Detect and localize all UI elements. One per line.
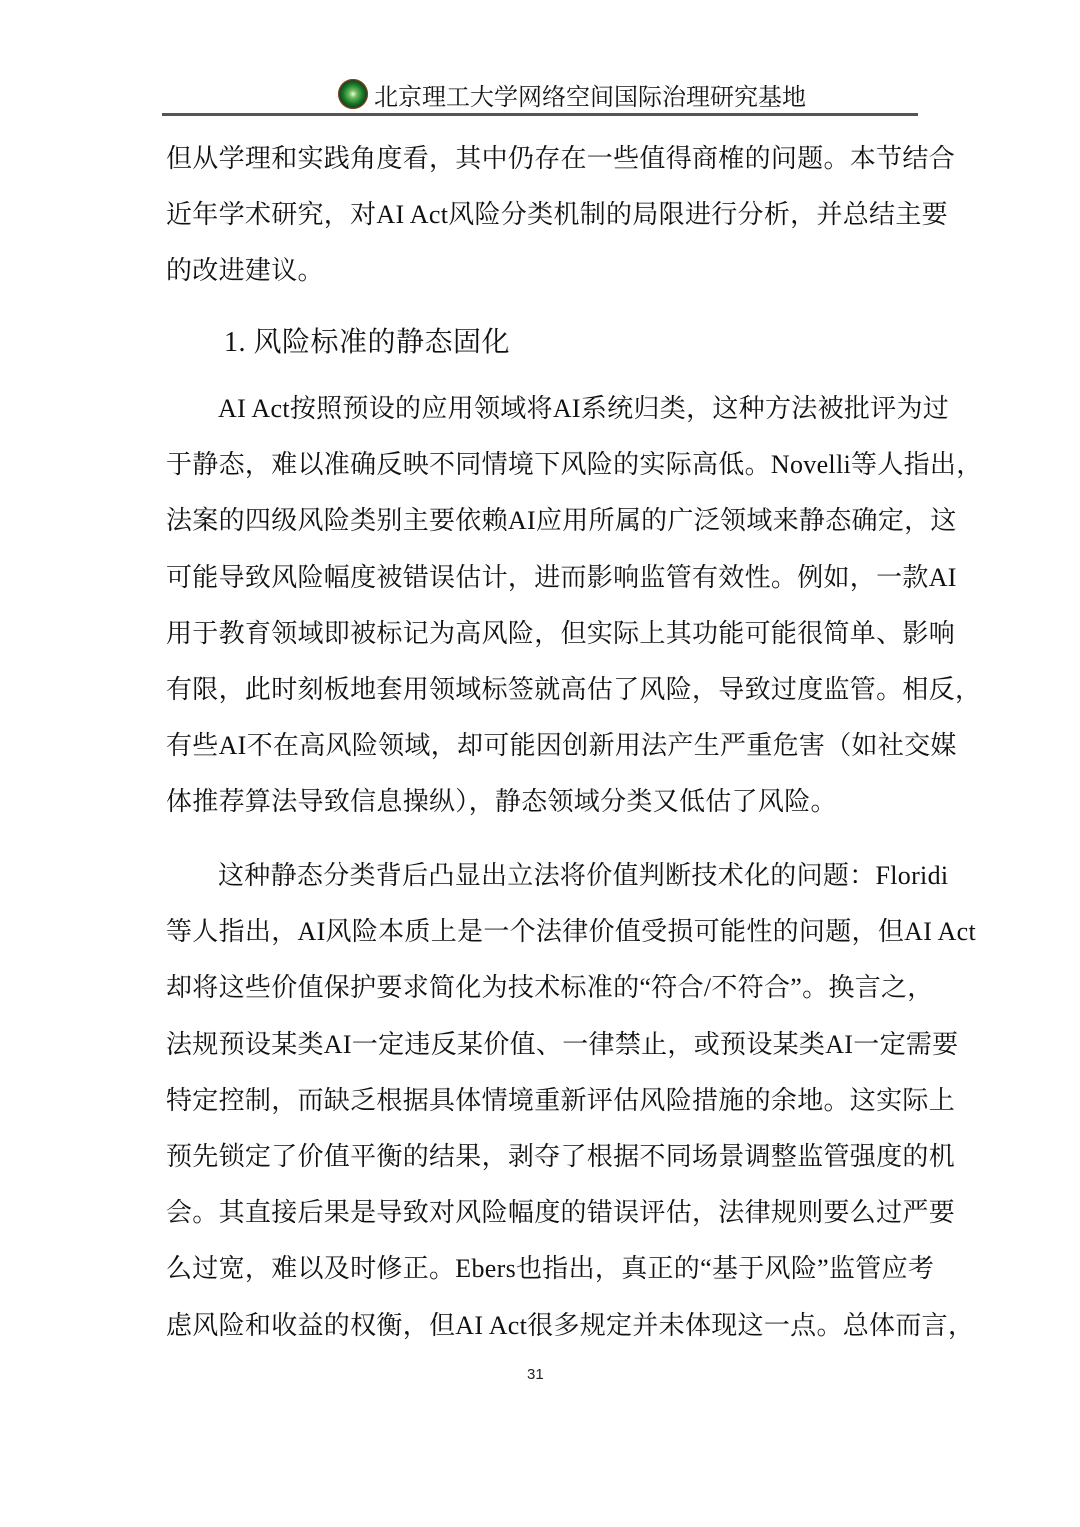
text-line: 近年学术研究，对AI Act风险分类机制的局限进行分析，并总结主要 [166, 187, 918, 243]
text-line: 可能导致风险幅度被错误估计，进而影响监管有效性。例如，一款AI [166, 550, 918, 606]
header-title: 北京理工大学网络空间国际治理研究基地 [374, 77, 806, 112]
paragraph-value-technicalization: 这种静态分类背后凸显出立法将价值判断技术化的问题：Floridi 等人指出，AI… [166, 848, 918, 1354]
text-line: 法规预设某类AI一定违反某价值、一律禁止，或预设某类AI一定需要 [166, 1017, 918, 1073]
text-line: 的改进建议。 [166, 243, 918, 299]
header-divider [162, 113, 918, 116]
text-line: 法案的四级风险类别主要依赖AI应用所属的广泛领域来静态确定，这 [166, 493, 918, 549]
intro-paragraph: 但从学理和实践角度看，其中仍存在一些值得商榷的问题。本节结合 近年学术研究，对A… [166, 131, 918, 300]
paragraph-static-risk: AI Act按照预设的应用领域将AI系统归类，这种方法被批评为过 于静态，难以准… [166, 381, 918, 831]
text-line: 体推荐算法导致信息操纵），静态领域分类又低估了风险。 [166, 774, 918, 830]
text-line: AI Act按照预设的应用领域将AI系统归类，这种方法被批评为过 [166, 381, 918, 437]
page-header: 北京理工大学网络空间国际治理研究基地 [162, 72, 918, 116]
text-line: 有些AI不在高风险领域，却可能因创新用法产生严重危害（如社交媒 [166, 718, 918, 774]
text-line: 用于教育领域即被标记为高风险，但实际上其功能可能很简单、影响 [166, 606, 918, 662]
text-line: 却将这些价值保护要求简化为技术标准的“符合/不符合”。换言之， [166, 960, 918, 1016]
text-line: 特定控制，而缺乏根据具体情境重新评估风险措施的余地。这实际上 [166, 1073, 918, 1129]
text-line: 预先锁定了价值平衡的结果，剥夺了根据不同场景调整监管强度的机 [166, 1129, 918, 1185]
page-number: 31 [527, 1366, 544, 1383]
text-line: 于静态，难以准确反映不同情境下风险的实际高低。Novelli等人指出， [166, 437, 918, 493]
text-line: 么过宽，难以及时修正。Ebers也指出，真正的“基于风险”监管应考 [166, 1241, 918, 1297]
section-heading: 1. 风险标准的静态固化 [224, 318, 510, 368]
text-line: 有限，此时刻板地套用领域标签就高估了风险，导致过度监管。相反， [166, 662, 918, 718]
text-line: 这种静态分类背后凸显出立法将价值判断技术化的问题：Floridi [166, 848, 918, 904]
header-branding: 北京理工大学网络空间国际治理研究基地 [338, 76, 806, 112]
university-seal-logo-icon [338, 79, 368, 109]
text-line: 虑风险和收益的权衡，但AI Act很多规定并未体现这一点。总体而言， [166, 1298, 918, 1354]
text-line: 但从学理和实践角度看，其中仍存在一些值得商榷的问题。本节结合 [166, 131, 918, 187]
text-line: 等人指出，AI风险本质上是一个法律价值受损可能性的问题，但AI Act [166, 904, 918, 960]
text-line: 会。其直接后果是导致对风险幅度的错误评估，法律规则要么过严要 [166, 1185, 918, 1241]
